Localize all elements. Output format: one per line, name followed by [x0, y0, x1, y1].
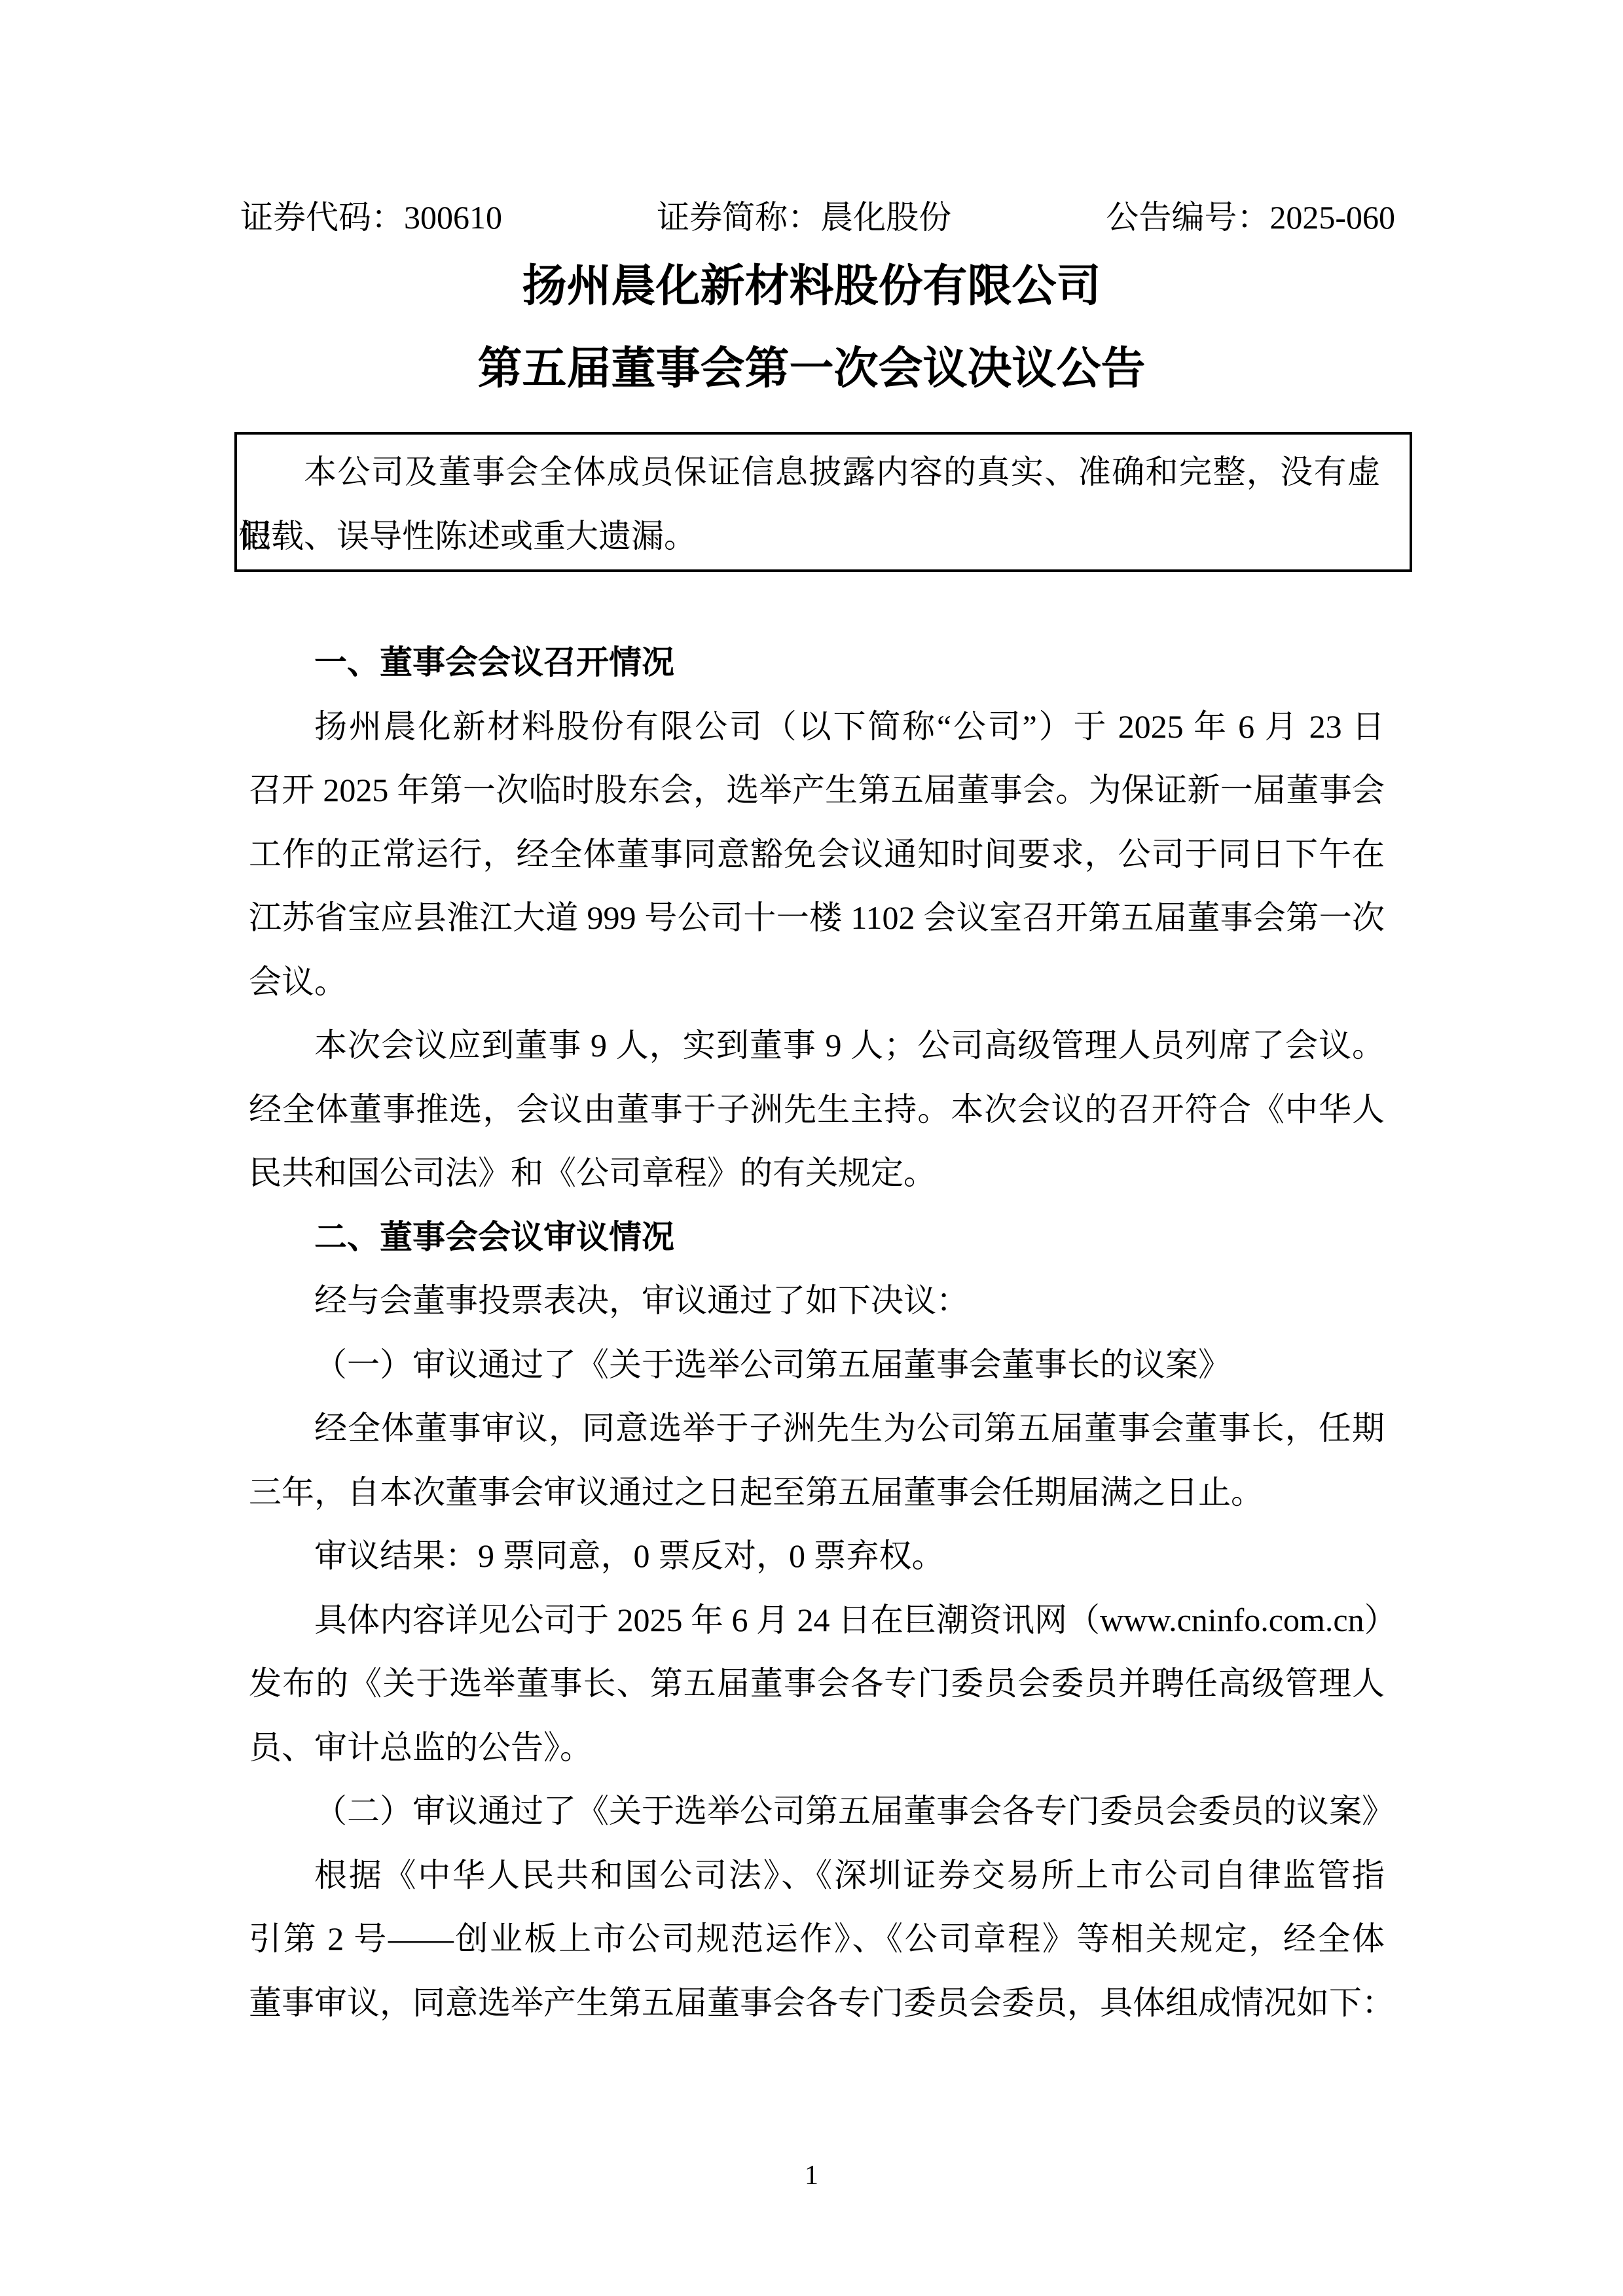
body-line: 民共和国公司法》和《公司章程》的有关规定。	[249, 1141, 1385, 1206]
page-number: 1	[0, 2160, 1623, 2191]
body-line: 具体内容详见公司于 2025 年 6 月 24 日在巨潮资讯网（www.cnin…	[249, 1588, 1385, 1653]
body-line: 本次会议应到董事 9 人，实到董事 9 人；公司高级管理人员列席了会议。	[249, 1014, 1385, 1078]
body-line: 扬州晨化新材料股份有限公司（以下简称“公司”）于 2025 年 6 月 23 日	[249, 695, 1385, 759]
body-line: 引第 2 号——创业板上市公司规范运作》、《公司章程》等相关规定，经全体	[249, 1907, 1385, 1971]
body-line: 二、董事会会议审议情况	[249, 1206, 1385, 1270]
body-line: 江苏省宝应县淮江大道 999 号公司十一楼 1102 会议室召开第五届董事会第一…	[249, 886, 1385, 950]
document-body: 一、董事会会议召开情况扬州晨化新材料股份有限公司（以下简称“公司”）于 2025…	[249, 631, 1385, 2035]
body-line: 发布的《关于选举董事长、第五届董事会各专门委员会委员并聘任高级管理人	[249, 1652, 1385, 1716]
body-line: 一、董事会会议召开情况	[249, 631, 1385, 695]
body-line: 三年，自本次董事会审议通过之日起至第五届董事会任期届满之日止。	[249, 1461, 1385, 1525]
securities-header: 证券代码：300610 证券简称：晨化股份 公告编号：2025-060	[240, 198, 1395, 236]
body-line: 经与会董事投票表决，审议通过了如下决议：	[249, 1269, 1385, 1333]
disclaimer-line: 记载、误导性陈述或重大遗漏。	[238, 504, 1380, 568]
stock-code: 证券代码：300610	[240, 198, 502, 236]
body-line: 经全体董事推选，会议由董事于子洲先生主持。本次会议的召开符合《中华人	[249, 1078, 1385, 1142]
body-line: 董事审议，同意选举产生第五届董事会各专门委员会委员，具体组成情况如下：	[249, 1971, 1385, 2036]
stock-abbreviation: 证券简称：晨化股份	[657, 198, 951, 236]
disclaimer-box: 本公司及董事会全体成员保证信息披露内容的真实、准确和完整，没有虚假记载、误导性陈…	[234, 432, 1412, 572]
body-line: （一）审议通过了《关于选举公司第五届董事会董事长的议案》	[249, 1333, 1385, 1397]
body-line: （二）审议通过了《关于选举公司第五届董事会各专门委员会委员的议案》	[249, 1780, 1385, 1844]
body-line: 召开 2025 年第一次临时股东会，选举产生第五届董事会。为保证新一届董事会	[249, 759, 1385, 823]
body-line: 工作的正常运行，经全体董事同意豁免会议通知时间要求，公司于同日下午在	[249, 823, 1385, 887]
announcement-number: 公告编号：2025-060	[1106, 198, 1395, 236]
body-line: 会议。	[249, 950, 1385, 1014]
announcement-title: 第五届董事会第一次会议决议公告	[0, 342, 1623, 395]
disclaimer-line: 本公司及董事会全体成员保证信息披露内容的真实、准确和完整，没有虚假	[238, 440, 1380, 504]
company-title: 扬州晨化新材料股份有限公司	[0, 259, 1623, 313]
body-line: 经全体董事审议，同意选举于子洲先生为公司第五届董事会董事长，任期	[249, 1397, 1385, 1461]
body-line: 员、审计总监的公告》。	[249, 1716, 1385, 1780]
body-line: 根据《中华人民共和国公司法》、《深圳证券交易所上市公司自律监管指	[249, 1844, 1385, 1908]
body-line: 审议结果：9 票同意，0 票反对，0 票弃权。	[249, 1524, 1385, 1588]
announcement-page: 证券代码：300610 证券简称：晨化股份 公告编号：2025-060 扬州晨化…	[0, 0, 1623, 2296]
